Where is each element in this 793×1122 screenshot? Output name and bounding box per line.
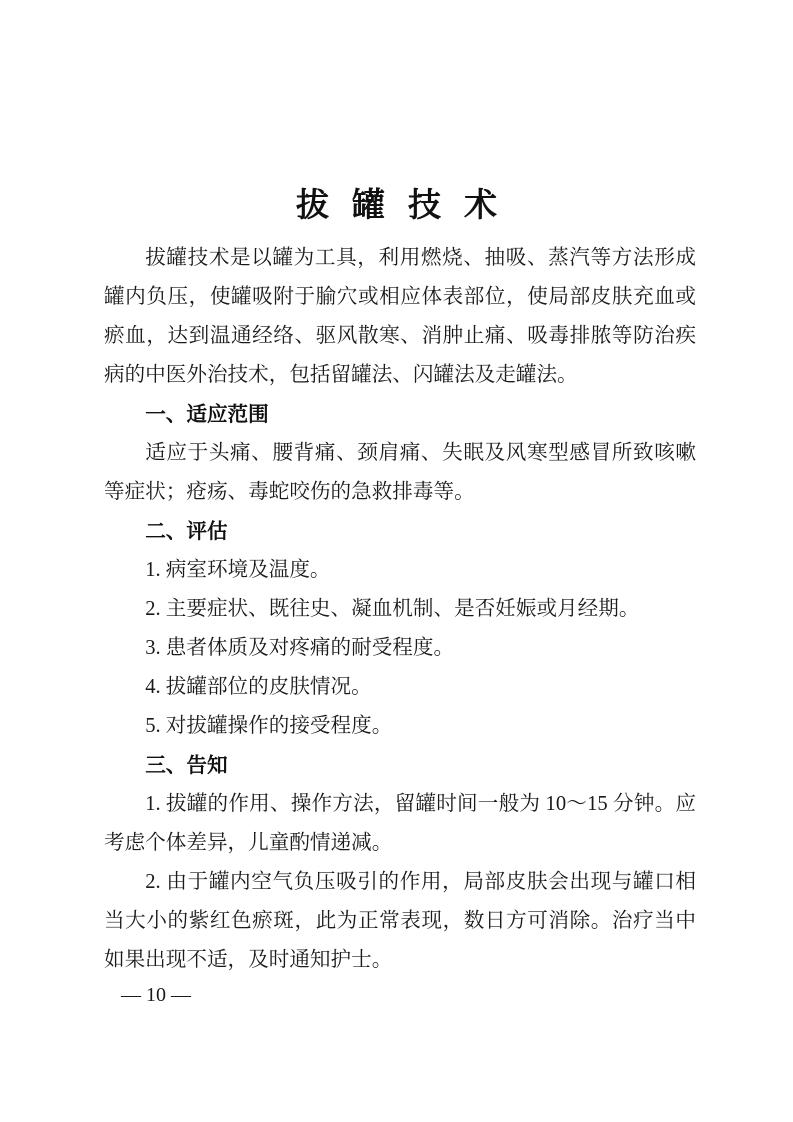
paragraph-line: 2. 由于罐内空气负压吸引的作用，局部皮肤会出现与罐口相: [104, 863, 696, 902]
paragraph-line: 当大小的紫红色瘀斑，此为正常表现，数日方可消除。治疗当中: [104, 902, 696, 941]
paragraph-line: 病的中医外治技术，包括留罐法、闪罐法及走罐法。: [104, 356, 696, 395]
paragraph-line: 如果出现不适，及时通知护士。: [104, 941, 696, 980]
document-title: 拔罐技术: [0, 188, 793, 221]
paragraph-line: 拔罐技术是以罐为工具，利用燃烧、抽吸、蒸汽等方法形成: [104, 239, 696, 278]
paragraph-line: 2. 主要症状、既往史、凝血机制、是否妊娠或月经期。: [104, 590, 696, 629]
document-page: 拔罐技术 拔罐技术是以罐为工具，利用燃烧、抽吸、蒸汽等方法形成罐内负压，使罐吸附…: [0, 0, 793, 1122]
section-heading: 三、告知: [104, 746, 696, 785]
paragraph-line: 5. 对拔罐操作的接受程度。: [104, 707, 696, 746]
paragraph-line: 1. 拔罐的作用、操作方法，留罐时间一般为 10～15 分钟。应: [104, 785, 696, 824]
page-number: — 10 —: [121, 983, 191, 1007]
document-title-text: 拔罐技术: [296, 186, 520, 223]
paragraph-line: 4. 拔罐部位的皮肤情况。: [104, 668, 696, 707]
paragraph-line: 瘀血，达到温通经络、驱风散寒、消肿止痛、吸毒排脓等防治疾: [104, 317, 696, 356]
paragraph-line: 适应于头痛、腰背痛、颈肩痛、失眠及风寒型感冒所致咳嗽: [104, 434, 696, 473]
paragraph-line: 1. 病室环境及温度。: [104, 551, 696, 590]
paragraph-line: 罐内负压，使罐吸附于腧穴或相应体表部位，使局部皮肤充血或: [104, 278, 696, 317]
paragraph-line: 3. 患者体质及对疼痛的耐受程度。: [104, 629, 696, 668]
document-body: 拔罐技术是以罐为工具，利用燃烧、抽吸、蒸汽等方法形成罐内负压，使罐吸附于腧穴或相…: [104, 239, 696, 980]
section-heading: 二、评估: [104, 512, 696, 551]
paragraph-line: 考虑个体差异，儿童酌情递减。: [104, 824, 696, 863]
paragraph-line: 等症状；疮疡、毒蛇咬伤的急救排毒等。: [104, 473, 696, 512]
section-heading: 一、适应范围: [104, 395, 696, 434]
